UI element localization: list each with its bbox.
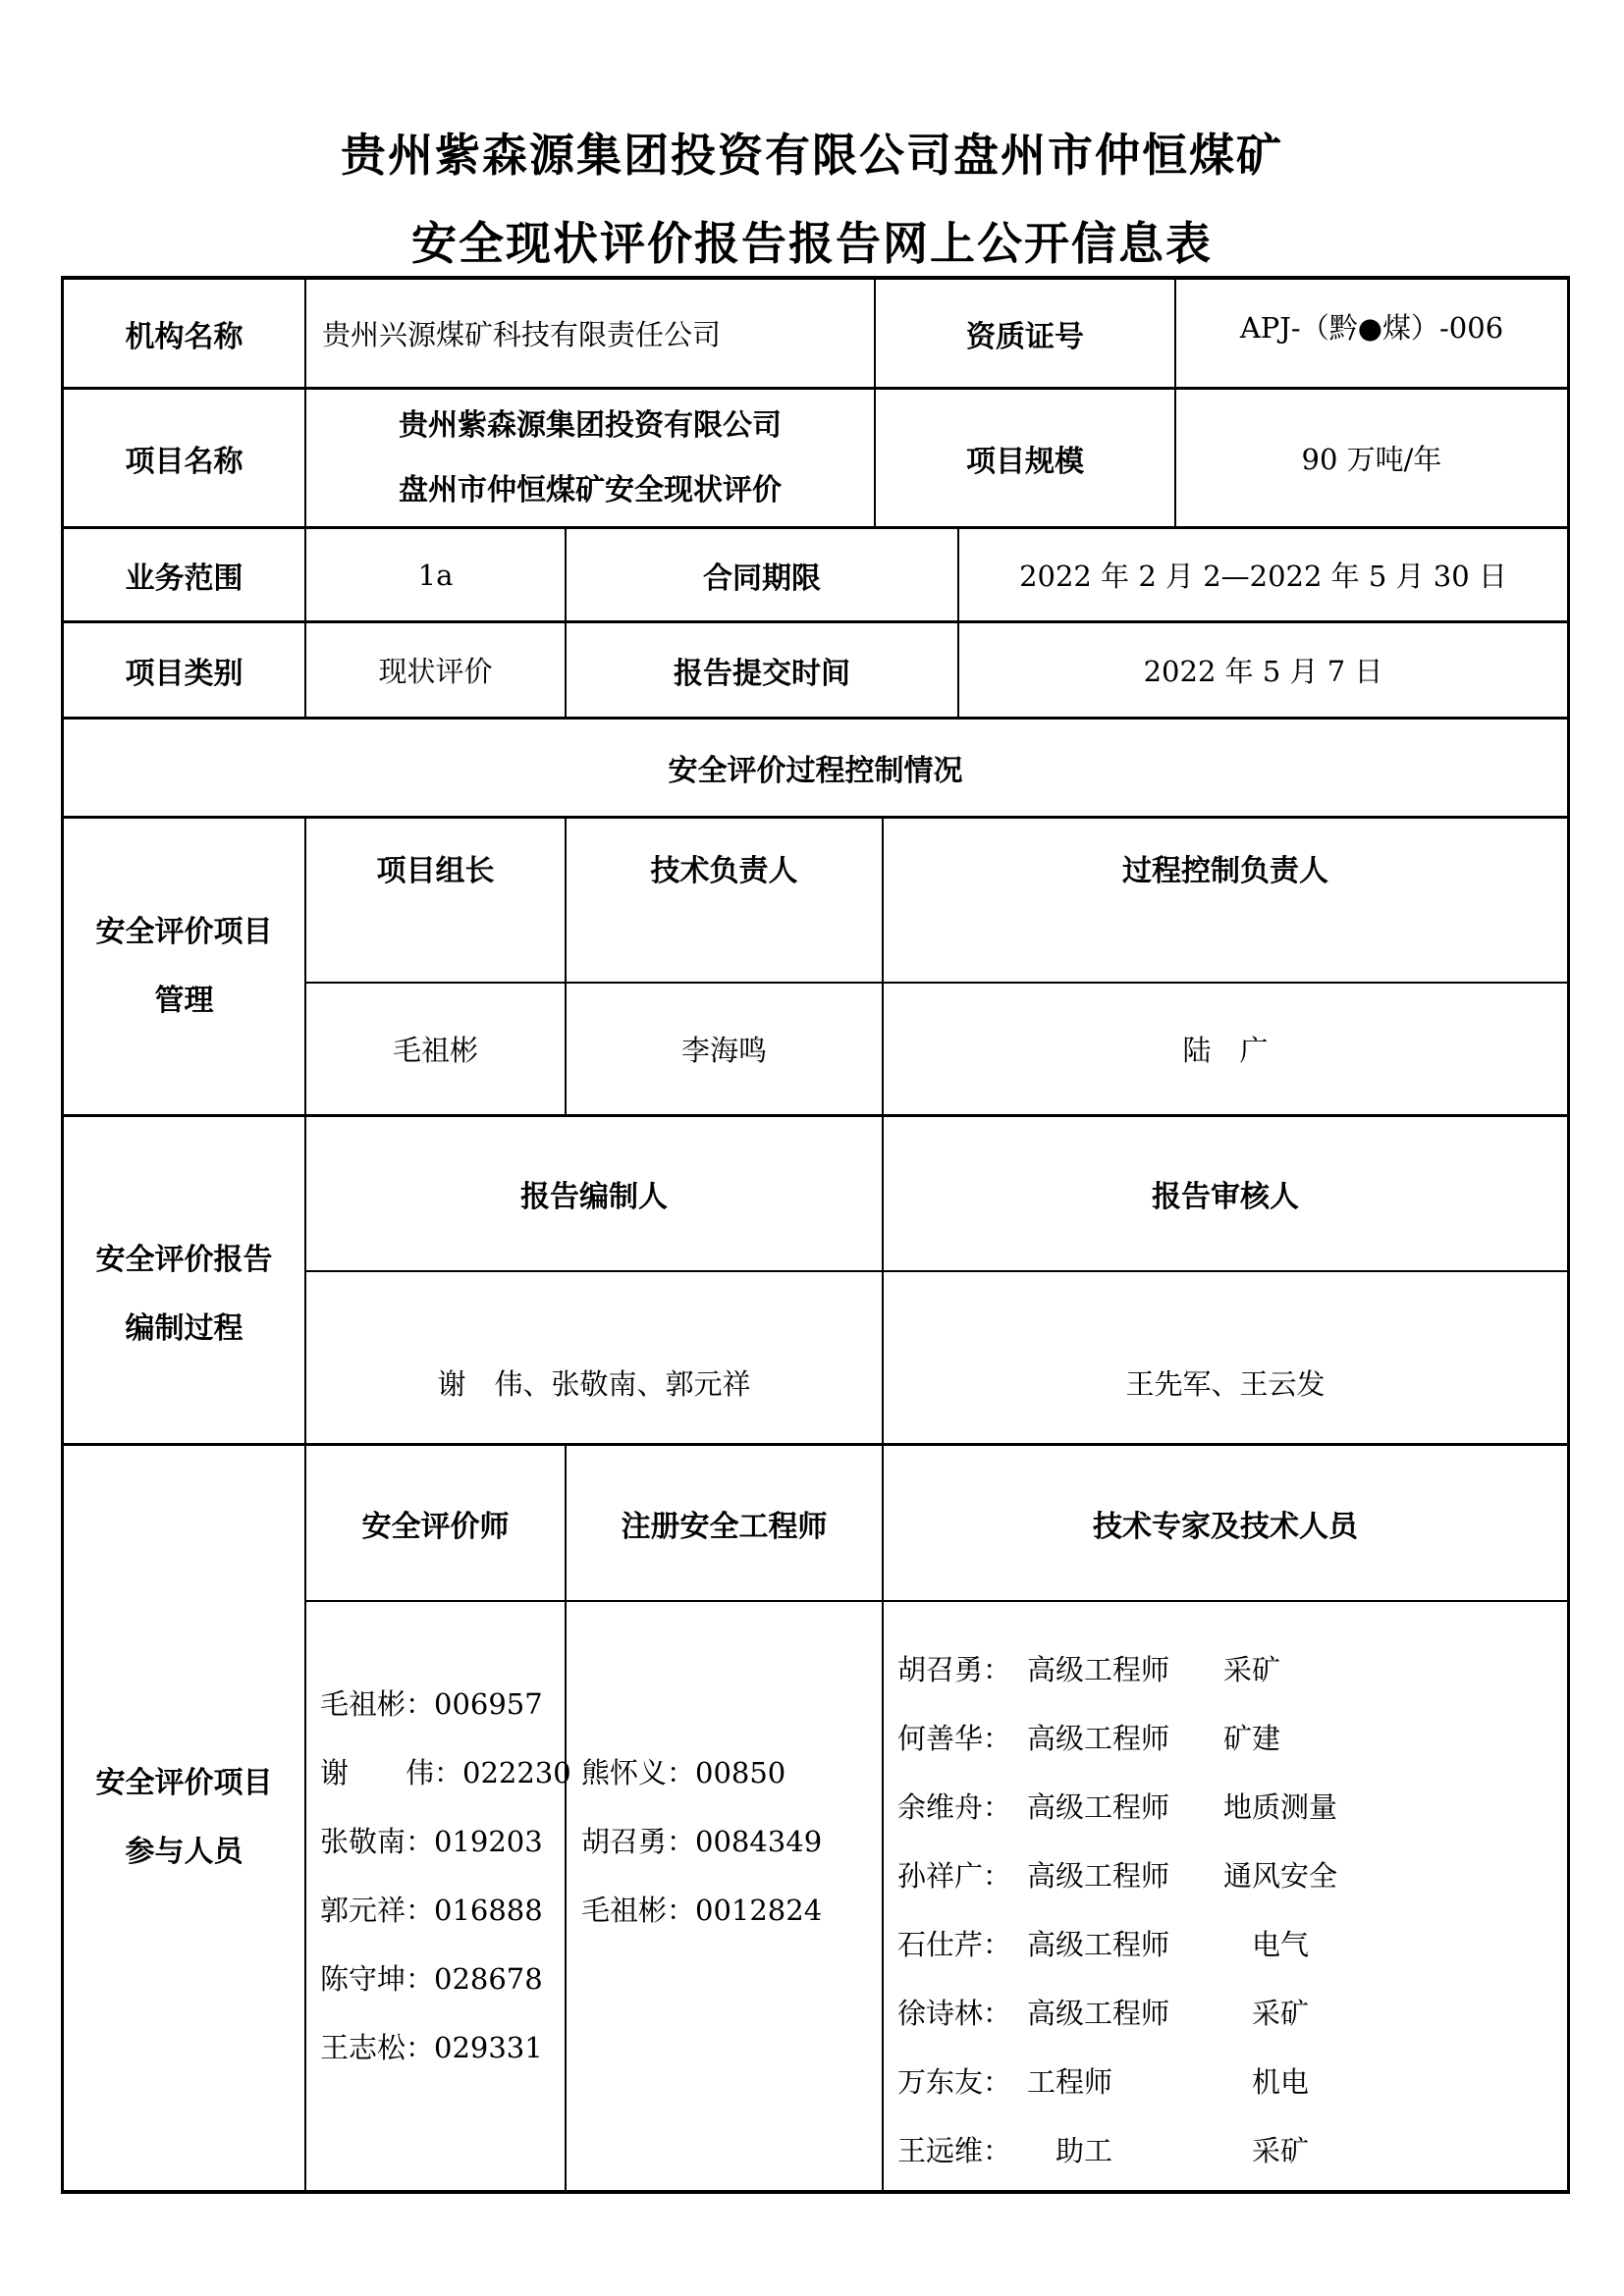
submit-time-label: 报告提交时间 (567, 623, 957, 717)
process-control-lead-value: 陆 广 (884, 984, 1567, 1114)
cert-number-label: 资质证号 (876, 280, 1174, 387)
participants-label-line2: 参与人员 (126, 1818, 244, 1887)
list-item: 谢 伟：022230 (320, 1738, 565, 1807)
org-name-value: 贵州兴源煤矿科技有限责任公司 (306, 280, 874, 387)
contract-period-label: 合同期限 (567, 529, 957, 620)
expert-title: 高级工程师 (1027, 1910, 1223, 1979)
expert-name: 石仕芹： (897, 1910, 1027, 1979)
expert-name: 万东友： (897, 2048, 1027, 2116)
expert-field: 地质测量 (1223, 1773, 1337, 1842)
expert-name: 徐诗林： (897, 1979, 1027, 2048)
report-authors-value: 谢 伟、张敬南、郭元祥 (306, 1272, 882, 1443)
project-scale-value: 90 万吨/年 (1176, 390, 1567, 526)
expert-title: 高级工程师 (1027, 1704, 1223, 1773)
header-process-control-lead: 过程控制负责人 (884, 819, 1567, 917)
list-item: 熊怀义：00850 (581, 1738, 882, 1807)
project-category-label: 项目类别 (64, 623, 304, 717)
participants-label: 安全评价项目 参与人员 (64, 1446, 304, 2190)
list-item: 余维舟：高级工程师地质测量 (897, 1773, 1565, 1842)
expert-title: 助工 (1027, 2116, 1223, 2185)
header-project-leader: 项目组长 (306, 819, 565, 917)
project-name-label: 项目名称 (64, 390, 304, 526)
project-name-line2: 盘州市仲恒煤矿安全现状评价 (399, 458, 782, 523)
evaluators-list: 毛祖彬：006957 谢 伟：022230 张敬南：019203 郭元祥：016… (320, 1670, 565, 2082)
technical-lead-value: 李海鸣 (567, 984, 882, 1114)
expert-name: 何善华： (897, 1704, 1027, 1773)
contract-period-value: 2022 年 2 月 2—2022 年 5 月 30 日 (959, 529, 1567, 620)
expert-name: 胡召勇： (897, 1635, 1027, 1704)
expert-name: 孙祥广： (897, 1842, 1027, 1910)
expert-field: 采矿 (1223, 1635, 1280, 1704)
list-item: 何善华：高级工程师矿建 (897, 1704, 1565, 1773)
list-item: 郭元祥：016888 (320, 1876, 565, 1945)
expert-title: 高级工程师 (1027, 1842, 1223, 1910)
expert-title: 高级工程师 (1027, 1773, 1223, 1842)
list-item: 毛祖彬：0012824 (581, 1876, 882, 1945)
list-item: 孙祥广：高级工程师通风安全 (897, 1842, 1565, 1910)
cert-number-value: APJ-（黔●煤）-006 (1176, 280, 1567, 373)
header-registered-safety-engineer: 注册安全工程师 (567, 1446, 882, 1600)
header-report-reviewer: 报告审核人 (884, 1117, 1567, 1270)
document-title-line1: 贵州紫森源集团投资有限公司盘州市仲恒煤矿 (0, 120, 1624, 185)
expert-name: 余维舟： (897, 1773, 1027, 1842)
list-item: 王志松：029331 (320, 2013, 565, 2082)
list-item: 胡召勇：0084349 (581, 1807, 882, 1876)
business-scope-label: 业务范围 (64, 529, 304, 620)
header-technical-experts: 技术专家及技术人员 (884, 1446, 1567, 1600)
process-control-section-title: 安全评价过程控制情况 (64, 720, 1567, 816)
list-item: 陈守坤：028678 (320, 1945, 565, 2013)
expert-field: 电气 (1223, 1910, 1309, 1979)
header-report-author: 报告编制人 (306, 1117, 882, 1270)
header-safety-evaluator: 安全评价师 (306, 1446, 565, 1600)
engineers-list: 熊怀义：00850 胡召勇：0084349 毛祖彬：0012824 (581, 1738, 882, 1945)
list-item: 张敬南：019203 (320, 1807, 565, 1876)
list-item: 王远维： 助工 采矿 (897, 2116, 1565, 2185)
management-label-line1: 安全评价项目 (96, 898, 273, 967)
business-scope-value: 1a (306, 529, 565, 620)
list-item: 徐诗林：高级工程师 采矿 (897, 1979, 1565, 2048)
expert-title: 高级工程师 (1027, 1635, 1223, 1704)
management-label: 安全评价项目 管理 (64, 819, 304, 1114)
expert-field: 采矿 (1223, 1979, 1309, 2048)
report-label-line1: 安全评价报告 (96, 1226, 273, 1295)
expert-field: 矿建 (1223, 1704, 1280, 1773)
list-item: 石仕芹：高级工程师 电气 (897, 1910, 1565, 1979)
header-technical-lead: 技术负责人 (567, 819, 882, 917)
expert-field: 机电 (1223, 2048, 1309, 2116)
project-leader-value: 毛祖彬 (306, 984, 565, 1114)
expert-name: 王远维： (897, 2116, 1027, 2185)
management-label-line2: 管理 (155, 967, 214, 1036)
project-name-value: 贵州紫森源集团投资有限公司 盘州市仲恒煤矿安全现状评价 (306, 390, 874, 526)
expert-title: 高级工程师 (1027, 1979, 1223, 2048)
experts-list: 胡召勇：高级工程师采矿 何善华：高级工程师矿建 余维舟：高级工程师地质测量 孙祥… (897, 1635, 1565, 2185)
list-item: 万东友：工程师 机电 (897, 2048, 1565, 2116)
report-reviewers-value: 王先军、王云发 (884, 1272, 1567, 1443)
expert-field: 通风安全 (1223, 1842, 1337, 1910)
project-category-value: 现状评价 (306, 623, 565, 717)
org-name-label: 机构名称 (64, 280, 304, 387)
expert-title: 工程师 (1027, 2048, 1223, 2116)
expert-field: 采矿 (1223, 2116, 1309, 2185)
submit-time-value: 2022 年 5 月 7 日 (959, 623, 1567, 717)
project-name-line1: 贵州紫森源集团投资有限公司 (399, 394, 782, 458)
list-item: 胡召勇：高级工程师采矿 (897, 1635, 1565, 1704)
report-label-line2: 编制过程 (126, 1295, 244, 1363)
report-label: 安全评价报告 编制过程 (64, 1117, 304, 1443)
document-title-line2: 安全现状评价报告报告网上公开信息表 (0, 208, 1624, 273)
project-scale-label: 项目规模 (876, 390, 1174, 526)
participants-label-line1: 安全评价项目 (96, 1749, 273, 1818)
list-item: 毛祖彬：006957 (320, 1670, 565, 1738)
